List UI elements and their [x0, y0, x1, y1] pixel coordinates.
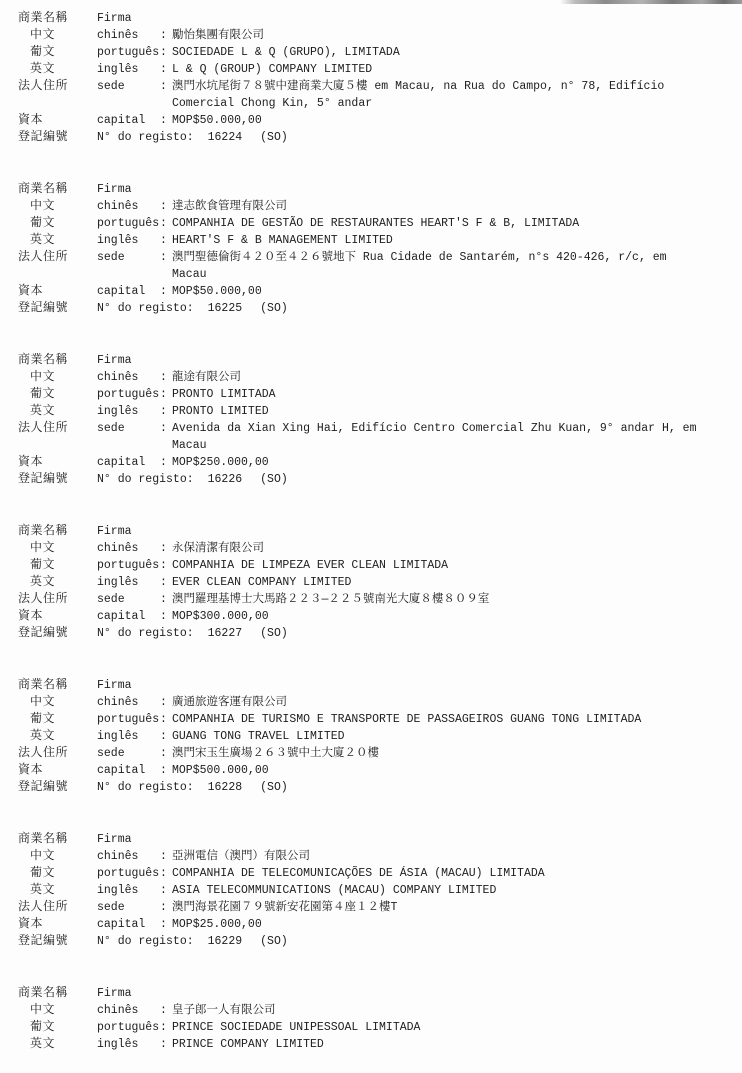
label-business-name-zh: 商業名稱 — [18, 181, 97, 198]
label-registry-zh: 登記編號 — [18, 300, 97, 317]
business-name-header: 商業名稱 Firma — [18, 985, 742, 1002]
field-row-address: 法人住所 sede : 澳門聖德倫街４２０至４２６號地下 Rua Cidade … — [18, 249, 742, 283]
company-name-zh: 永保清潔有限公司 — [172, 540, 742, 557]
company-entry: 商業名稱 Firma 中文 chinês : 亞洲電信（澳門）有限公司 葡文 p… — [18, 831, 742, 950]
label-address-zh: 法人住所 — [18, 249, 97, 266]
label-portuguese-zh: 葡文 — [18, 1019, 97, 1036]
label-business-name-pt: Firma — [97, 831, 160, 848]
label-business-name-zh: 商業名稱 — [18, 523, 97, 540]
field-row-chinese: 中文 chinês : 勵怡集團有限公司 — [18, 27, 742, 44]
field-row-chinese: 中文 chinês : 皇子郎一人有限公司 — [18, 1002, 742, 1019]
label-registry-zh: 登記編號 — [18, 625, 97, 642]
registry-number: 16224 — [208, 129, 243, 146]
label-english-zh: 英文 — [18, 1036, 97, 1053]
label-registry-zh: 登記編號 — [18, 933, 97, 950]
colon-separator: : — [160, 608, 172, 625]
field-row-portuguese: 葡文 português : COMPANHIA DE TELECOMUNICA… — [18, 865, 742, 882]
colon-separator: : — [160, 61, 172, 78]
company-name-pt: COMPANHIA DE TURISMO E TRANSPORTE DE PAS… — [172, 711, 742, 728]
colon-separator: : — [160, 1019, 172, 1036]
company-name-pt: COMPANHIA DE LIMPEZA EVER CLEAN LIMITADA — [172, 557, 742, 574]
label-address-zh: 法人住所 — [18, 78, 97, 95]
colon-separator: : — [160, 112, 172, 129]
label-portuguese-pt: português — [97, 386, 160, 403]
label-chinese-pt: chinês — [97, 848, 160, 865]
label-english-zh: 英文 — [18, 61, 97, 78]
label-english-pt: inglês — [97, 882, 160, 899]
colon-separator: : — [160, 899, 172, 916]
colon-separator: : — [160, 848, 172, 865]
colon-separator: : — [160, 916, 172, 933]
label-capital-zh: 資本 — [18, 916, 97, 933]
label-address-pt: sede — [97, 745, 160, 762]
label-chinese-pt: chinês — [97, 694, 160, 711]
registered-address: 澳門宋玉生廣場２６３號中土大廈２０樓 — [172, 745, 742, 762]
registry-suffix: (SO) — [260, 129, 288, 146]
label-registry-pt: N° do registo: — [97, 779, 194, 796]
colon-separator: : — [160, 78, 172, 95]
business-name-header: 商業名稱 Firma — [18, 523, 742, 540]
colon-separator: : — [160, 283, 172, 300]
label-capital-pt: capital — [97, 112, 160, 129]
address-line: 澳門水坑尾街７８號中建商業大廈５樓 em Macau, na Rua do Ca… — [172, 78, 736, 95]
field-row-english: 英文 inglês : GUANG TONG TRAVEL LIMITED — [18, 728, 742, 745]
label-chinese-zh: 中文 — [18, 540, 97, 557]
registry-suffix: (SO) — [260, 471, 288, 488]
label-english-pt: inglês — [97, 403, 160, 420]
address-line: 澳門宋玉生廣場２６３號中土大廈２０樓 — [172, 745, 736, 762]
address-line: 澳門羅理基博士大馬路２２３—２２５號南光大廈８樓８０９室 — [172, 591, 736, 608]
label-business-name-pt: Firma — [97, 985, 160, 1002]
field-row-address: 法人住所 sede : 澳門羅理基博士大馬路２２３—２２５號南光大廈８樓８０９室 — [18, 591, 742, 608]
capital-amount: MOP$50.000,00 — [172, 112, 742, 129]
company-name-en: GUANG TONG TRAVEL LIMITED — [172, 728, 742, 745]
colon-separator: : — [160, 386, 172, 403]
field-row-chinese: 中文 chinês : 龍途有限公司 — [18, 369, 742, 386]
label-english-pt: inglês — [97, 232, 160, 249]
label-english-zh: 英文 — [18, 232, 97, 249]
company-name-pt: PRONTO LIMITADA — [172, 386, 742, 403]
label-english-zh: 英文 — [18, 574, 97, 591]
company-name-zh: 皇子郎一人有限公司 — [172, 1002, 742, 1019]
colon-separator: : — [160, 540, 172, 557]
field-row-address: 法人住所 sede : Avenida da Xian Xing Hai, Ed… — [18, 420, 742, 454]
registry-suffix: (SO) — [260, 300, 288, 317]
colon-separator: : — [160, 198, 172, 215]
field-row-address: 法人住所 sede : 澳門水坑尾街７８號中建商業大廈５樓 em Macau, … — [18, 78, 742, 112]
colon-separator: : — [160, 403, 172, 420]
company-entry: 商業名稱 Firma 中文 chinês : 永保清潔有限公司 葡文 portu… — [18, 523, 742, 642]
label-address-pt: sede — [97, 899, 160, 916]
business-name-header: 商業名稱 Firma — [18, 181, 742, 198]
field-row-registry: 登記編號 N° do registo: 16227 (SO) — [18, 625, 742, 642]
colon-separator: : — [160, 249, 172, 266]
document-page: { "page": { "background": "#fdfdfd", "te… — [0, 0, 742, 1073]
label-english-zh: 英文 — [18, 728, 97, 745]
company-name-pt: COMPANHIA DE GESTÃO DE RESTAURANTES HEAR… — [172, 215, 742, 232]
capital-amount: MOP$50.000,00 — [172, 283, 742, 300]
company-name-en: EVER CLEAN COMPANY LIMITED — [172, 574, 742, 591]
registered-address: 澳門水坑尾街７８號中建商業大廈５樓 em Macau, na Rua do Ca… — [172, 78, 742, 112]
company-name-pt: PRINCE SOCIEDADE UNIPESSOAL LIMITADA — [172, 1019, 742, 1036]
label-capital-pt: capital — [97, 283, 160, 300]
address-line: 澳門聖德倫街４２０至４２６號地下 Rua Cidade de Santarém,… — [172, 249, 736, 266]
registered-address: Avenida da Xian Xing Hai, Edifício Centr… — [172, 420, 742, 454]
company-name-en: PRONTO LIMITED — [172, 403, 742, 420]
label-english-pt: inglês — [97, 1036, 160, 1053]
label-portuguese-zh: 葡文 — [18, 44, 97, 61]
registry-number: 16227 — [208, 625, 243, 642]
company-name-en: PRINCE COMPANY LIMITED — [172, 1036, 742, 1053]
field-row-registry: 登記編號 N° do registo: 16229 (SO) — [18, 933, 742, 950]
company-entry: 商業名稱 Firma 中文 chinês : 達志飲食管理有限公司 葡文 por… — [18, 181, 742, 317]
field-row-chinese: 中文 chinês : 達志飲食管理有限公司 — [18, 198, 742, 215]
label-chinese-pt: chinês — [97, 27, 160, 44]
label-chinese-zh: 中文 — [18, 1002, 97, 1019]
registered-address: 澳門羅理基博士大馬路２２３—２２５號南光大廈８樓８０９室 — [172, 591, 742, 608]
label-registry-zh: 登記編號 — [18, 471, 97, 488]
colon-separator: : — [160, 44, 172, 61]
label-chinese-zh: 中文 — [18, 198, 97, 215]
field-row-capital: 資本 capital : MOP$50.000,00 — [18, 112, 742, 129]
registry-number: 16225 — [208, 300, 243, 317]
label-portuguese-zh: 葡文 — [18, 711, 97, 728]
label-registry-zh: 登記編號 — [18, 779, 97, 796]
colon-separator: : — [160, 557, 172, 574]
label-business-name-zh: 商業名稱 — [18, 985, 97, 1002]
label-portuguese-zh: 葡文 — [18, 386, 97, 403]
label-chinese-pt: chinês — [97, 1002, 160, 1019]
field-row-english: 英文 inglês : PRINCE COMPANY LIMITED — [18, 1036, 742, 1053]
business-name-header: 商業名稱 Firma — [18, 677, 742, 694]
label-registry-zh: 登記編號 — [18, 129, 97, 146]
registered-address: 澳門海景花園７９號新安花園第４座１２樓T — [172, 899, 742, 916]
label-business-name-zh: 商業名稱 — [18, 352, 97, 369]
address-line: 澳門海景花園７９號新安花園第４座１２樓T — [172, 899, 736, 916]
label-capital-pt: capital — [97, 454, 160, 471]
label-portuguese-pt: português — [97, 865, 160, 882]
colon-separator: : — [160, 694, 172, 711]
label-portuguese-pt: português — [97, 215, 160, 232]
company-entry: 商業名稱 Firma 中文 chinês : 龍途有限公司 葡文 portugu… — [18, 352, 742, 488]
field-row-registry: 登記編號 N° do registo: 16226 (SO) — [18, 471, 742, 488]
colon-separator: : — [160, 711, 172, 728]
label-registry-pt: N° do registo: — [97, 129, 194, 146]
company-entry: 商業名稱 Firma 中文 chinês : 廣通旅遊客運有限公司 葡文 por… — [18, 677, 742, 796]
field-row-portuguese: 葡文 português : COMPANHIA DE LIMPEZA EVER… — [18, 557, 742, 574]
label-portuguese-zh: 葡文 — [18, 865, 97, 882]
address-line: Avenida da Xian Xing Hai, Edifício Centr… — [172, 420, 736, 437]
label-capital-pt: capital — [97, 608, 160, 625]
field-row-capital: 資本 capital : MOP$25.000,00 — [18, 916, 742, 933]
label-registry-pt: N° do registo: — [97, 471, 194, 488]
field-row-english: 英文 inglês : ASIA TELECOMMUNICATIONS (MAC… — [18, 882, 742, 899]
capital-amount: MOP$500.000,00 — [172, 762, 742, 779]
label-chinese-pt: chinês — [97, 540, 160, 557]
colon-separator: : — [160, 369, 172, 386]
label-capital-pt: capital — [97, 916, 160, 933]
label-business-name-pt: Firma — [97, 10, 160, 27]
label-portuguese-zh: 葡文 — [18, 215, 97, 232]
field-row-portuguese: 葡文 português : SOCIEDADE L & Q (GRUPO), … — [18, 44, 742, 61]
colon-separator: : — [160, 762, 172, 779]
label-capital-zh: 資本 — [18, 762, 97, 779]
label-english-zh: 英文 — [18, 403, 97, 420]
address-line: Macau — [172, 437, 736, 454]
label-english-zh: 英文 — [18, 882, 97, 899]
field-row-english: 英文 inglês : EVER CLEAN COMPANY LIMITED — [18, 574, 742, 591]
company-name-pt: SOCIEDADE L & Q (GRUPO), LIMITADA — [172, 44, 742, 61]
label-address-pt: sede — [97, 591, 160, 608]
label-capital-zh: 資本 — [18, 454, 97, 471]
colon-separator: : — [160, 420, 172, 437]
address-line: Macau — [172, 266, 736, 283]
colon-separator: : — [160, 454, 172, 471]
label-chinese-zh: 中文 — [18, 27, 97, 44]
colon-separator: : — [160, 1002, 172, 1019]
label-address-zh: 法人住所 — [18, 745, 97, 762]
colon-separator: : — [160, 591, 172, 608]
registered-address: 澳門聖德倫街４２０至４２６號地下 Rua Cidade de Santarém,… — [172, 249, 742, 283]
registry-suffix: (SO) — [260, 779, 288, 796]
colon-separator: : — [160, 865, 172, 882]
field-row-capital: 資本 capital : MOP$500.000,00 — [18, 762, 742, 779]
field-row-portuguese: 葡文 português : PRONTO LIMITADA — [18, 386, 742, 403]
label-business-name-zh: 商業名稱 — [18, 831, 97, 848]
company-name-zh: 龍途有限公司 — [172, 369, 742, 386]
registry-number: 16229 — [208, 933, 243, 950]
label-business-name-pt: Firma — [97, 523, 160, 540]
label-address-zh: 法人住所 — [18, 591, 97, 608]
field-row-address: 法人住所 sede : 澳門海景花園７９號新安花園第４座１２樓T — [18, 899, 742, 916]
registry-number: 16226 — [208, 471, 243, 488]
label-address-zh: 法人住所 — [18, 899, 97, 916]
field-row-capital: 資本 capital : MOP$50.000,00 — [18, 283, 742, 300]
field-row-capital: 資本 capital : MOP$250.000,00 — [18, 454, 742, 471]
field-row-registry: 登記編號 N° do registo: 16224 (SO) — [18, 129, 742, 146]
label-address-pt: sede — [97, 249, 160, 266]
company-name-zh: 達志飲食管理有限公司 — [172, 198, 742, 215]
address-line: Comercial Chong Kin, 5° andar — [172, 95, 736, 112]
business-name-header: 商業名稱 Firma — [18, 10, 742, 27]
label-portuguese-pt: português — [97, 1019, 160, 1036]
label-chinese-zh: 中文 — [18, 369, 97, 386]
label-address-pt: sede — [97, 78, 160, 95]
field-row-capital: 資本 capital : MOP$300.000,00 — [18, 608, 742, 625]
registry-suffix: (SO) — [260, 933, 288, 950]
label-english-pt: inglês — [97, 61, 160, 78]
field-row-portuguese: 葡文 português : COMPANHIA DE TURISMO E TR… — [18, 711, 742, 728]
colon-separator: : — [160, 882, 172, 899]
colon-separator: : — [160, 728, 172, 745]
colon-separator: : — [160, 27, 172, 44]
label-portuguese-zh: 葡文 — [18, 557, 97, 574]
colon-separator: : — [160, 232, 172, 249]
scan-edge-artifact — [560, 0, 742, 4]
label-business-name-pt: Firma — [97, 181, 160, 198]
field-row-portuguese: 葡文 português : COMPANHIA DE GESTÃO DE RE… — [18, 215, 742, 232]
business-name-header: 商業名稱 Firma — [18, 831, 742, 848]
label-portuguese-pt: português — [97, 711, 160, 728]
label-chinese-pt: chinês — [97, 198, 160, 215]
label-english-pt: inglês — [97, 574, 160, 591]
registry-number: 16228 — [208, 779, 243, 796]
label-business-name-zh: 商業名稱 — [18, 677, 97, 694]
label-capital-zh: 資本 — [18, 608, 97, 625]
label-english-pt: inglês — [97, 728, 160, 745]
field-row-address: 法人住所 sede : 澳門宋玉生廣場２６３號中土大廈２０樓 — [18, 745, 742, 762]
capital-amount: MOP$25.000,00 — [172, 916, 742, 933]
label-portuguese-pt: português — [97, 557, 160, 574]
label-chinese-pt: chinês — [97, 369, 160, 386]
field-row-portuguese: 葡文 português : PRINCE SOCIEDADE UNIPESSO… — [18, 1019, 742, 1036]
company-entry: 商業名稱 Firma 中文 chinês : 皇子郎一人有限公司 葡文 port… — [18, 985, 742, 1053]
label-capital-zh: 資本 — [18, 283, 97, 300]
label-business-name-pt: Firma — [97, 677, 160, 694]
field-row-english: 英文 inglês : L & Q (GROUP) COMPANY LIMITE… — [18, 61, 742, 78]
label-capital-zh: 資本 — [18, 112, 97, 129]
label-registry-pt: N° do registo: — [97, 300, 194, 317]
label-business-name-pt: Firma — [97, 352, 160, 369]
business-name-header: 商業名稱 Firma — [18, 352, 742, 369]
label-chinese-zh: 中文 — [18, 694, 97, 711]
company-name-pt: COMPANHIA DE TELECOMUNICAÇÕES DE ÁSIA (M… — [172, 865, 742, 882]
registry-suffix: (SO) — [260, 625, 288, 642]
field-row-registry: 登記編號 N° do registo: 16228 (SO) — [18, 779, 742, 796]
label-chinese-zh: 中文 — [18, 848, 97, 865]
company-name-zh: 勵怡集團有限公司 — [172, 27, 742, 44]
label-capital-pt: capital — [97, 762, 160, 779]
colon-separator: : — [160, 745, 172, 762]
colon-separator: : — [160, 574, 172, 591]
label-address-zh: 法人住所 — [18, 420, 97, 437]
field-row-english: 英文 inglês : HEART'S F & B MANAGEMENT LIM… — [18, 232, 742, 249]
company-name-zh: 亞洲電信（澳門）有限公司 — [172, 848, 742, 865]
field-row-chinese: 中文 chinês : 亞洲電信（澳門）有限公司 — [18, 848, 742, 865]
field-row-chinese: 中文 chinês : 永保清潔有限公司 — [18, 540, 742, 557]
company-name-en: L & Q (GROUP) COMPANY LIMITED — [172, 61, 742, 78]
company-name-en: ASIA TELECOMMUNICATIONS (MACAU) COMPANY … — [172, 882, 742, 899]
field-row-english: 英文 inglês : PRONTO LIMITED — [18, 403, 742, 420]
colon-separator: : — [160, 1036, 172, 1053]
field-row-chinese: 中文 chinês : 廣通旅遊客運有限公司 — [18, 694, 742, 711]
company-name-zh: 廣通旅遊客運有限公司 — [172, 694, 742, 711]
capital-amount: MOP$300.000,00 — [172, 608, 742, 625]
field-row-registry: 登記編號 N° do registo: 16225 (SO) — [18, 300, 742, 317]
label-business-name-zh: 商業名稱 — [18, 10, 97, 27]
label-portuguese-pt: português — [97, 44, 160, 61]
label-registry-pt: N° do registo: — [97, 625, 194, 642]
label-address-pt: sede — [97, 420, 160, 437]
colon-separator: : — [160, 215, 172, 232]
company-entry: 商業名稱 Firma 中文 chinês : 勵怡集團有限公司 葡文 portu… — [18, 10, 742, 146]
capital-amount: MOP$250.000,00 — [172, 454, 742, 471]
label-registry-pt: N° do registo: — [97, 933, 194, 950]
company-name-en: HEART'S F & B MANAGEMENT LIMITED — [172, 232, 742, 249]
